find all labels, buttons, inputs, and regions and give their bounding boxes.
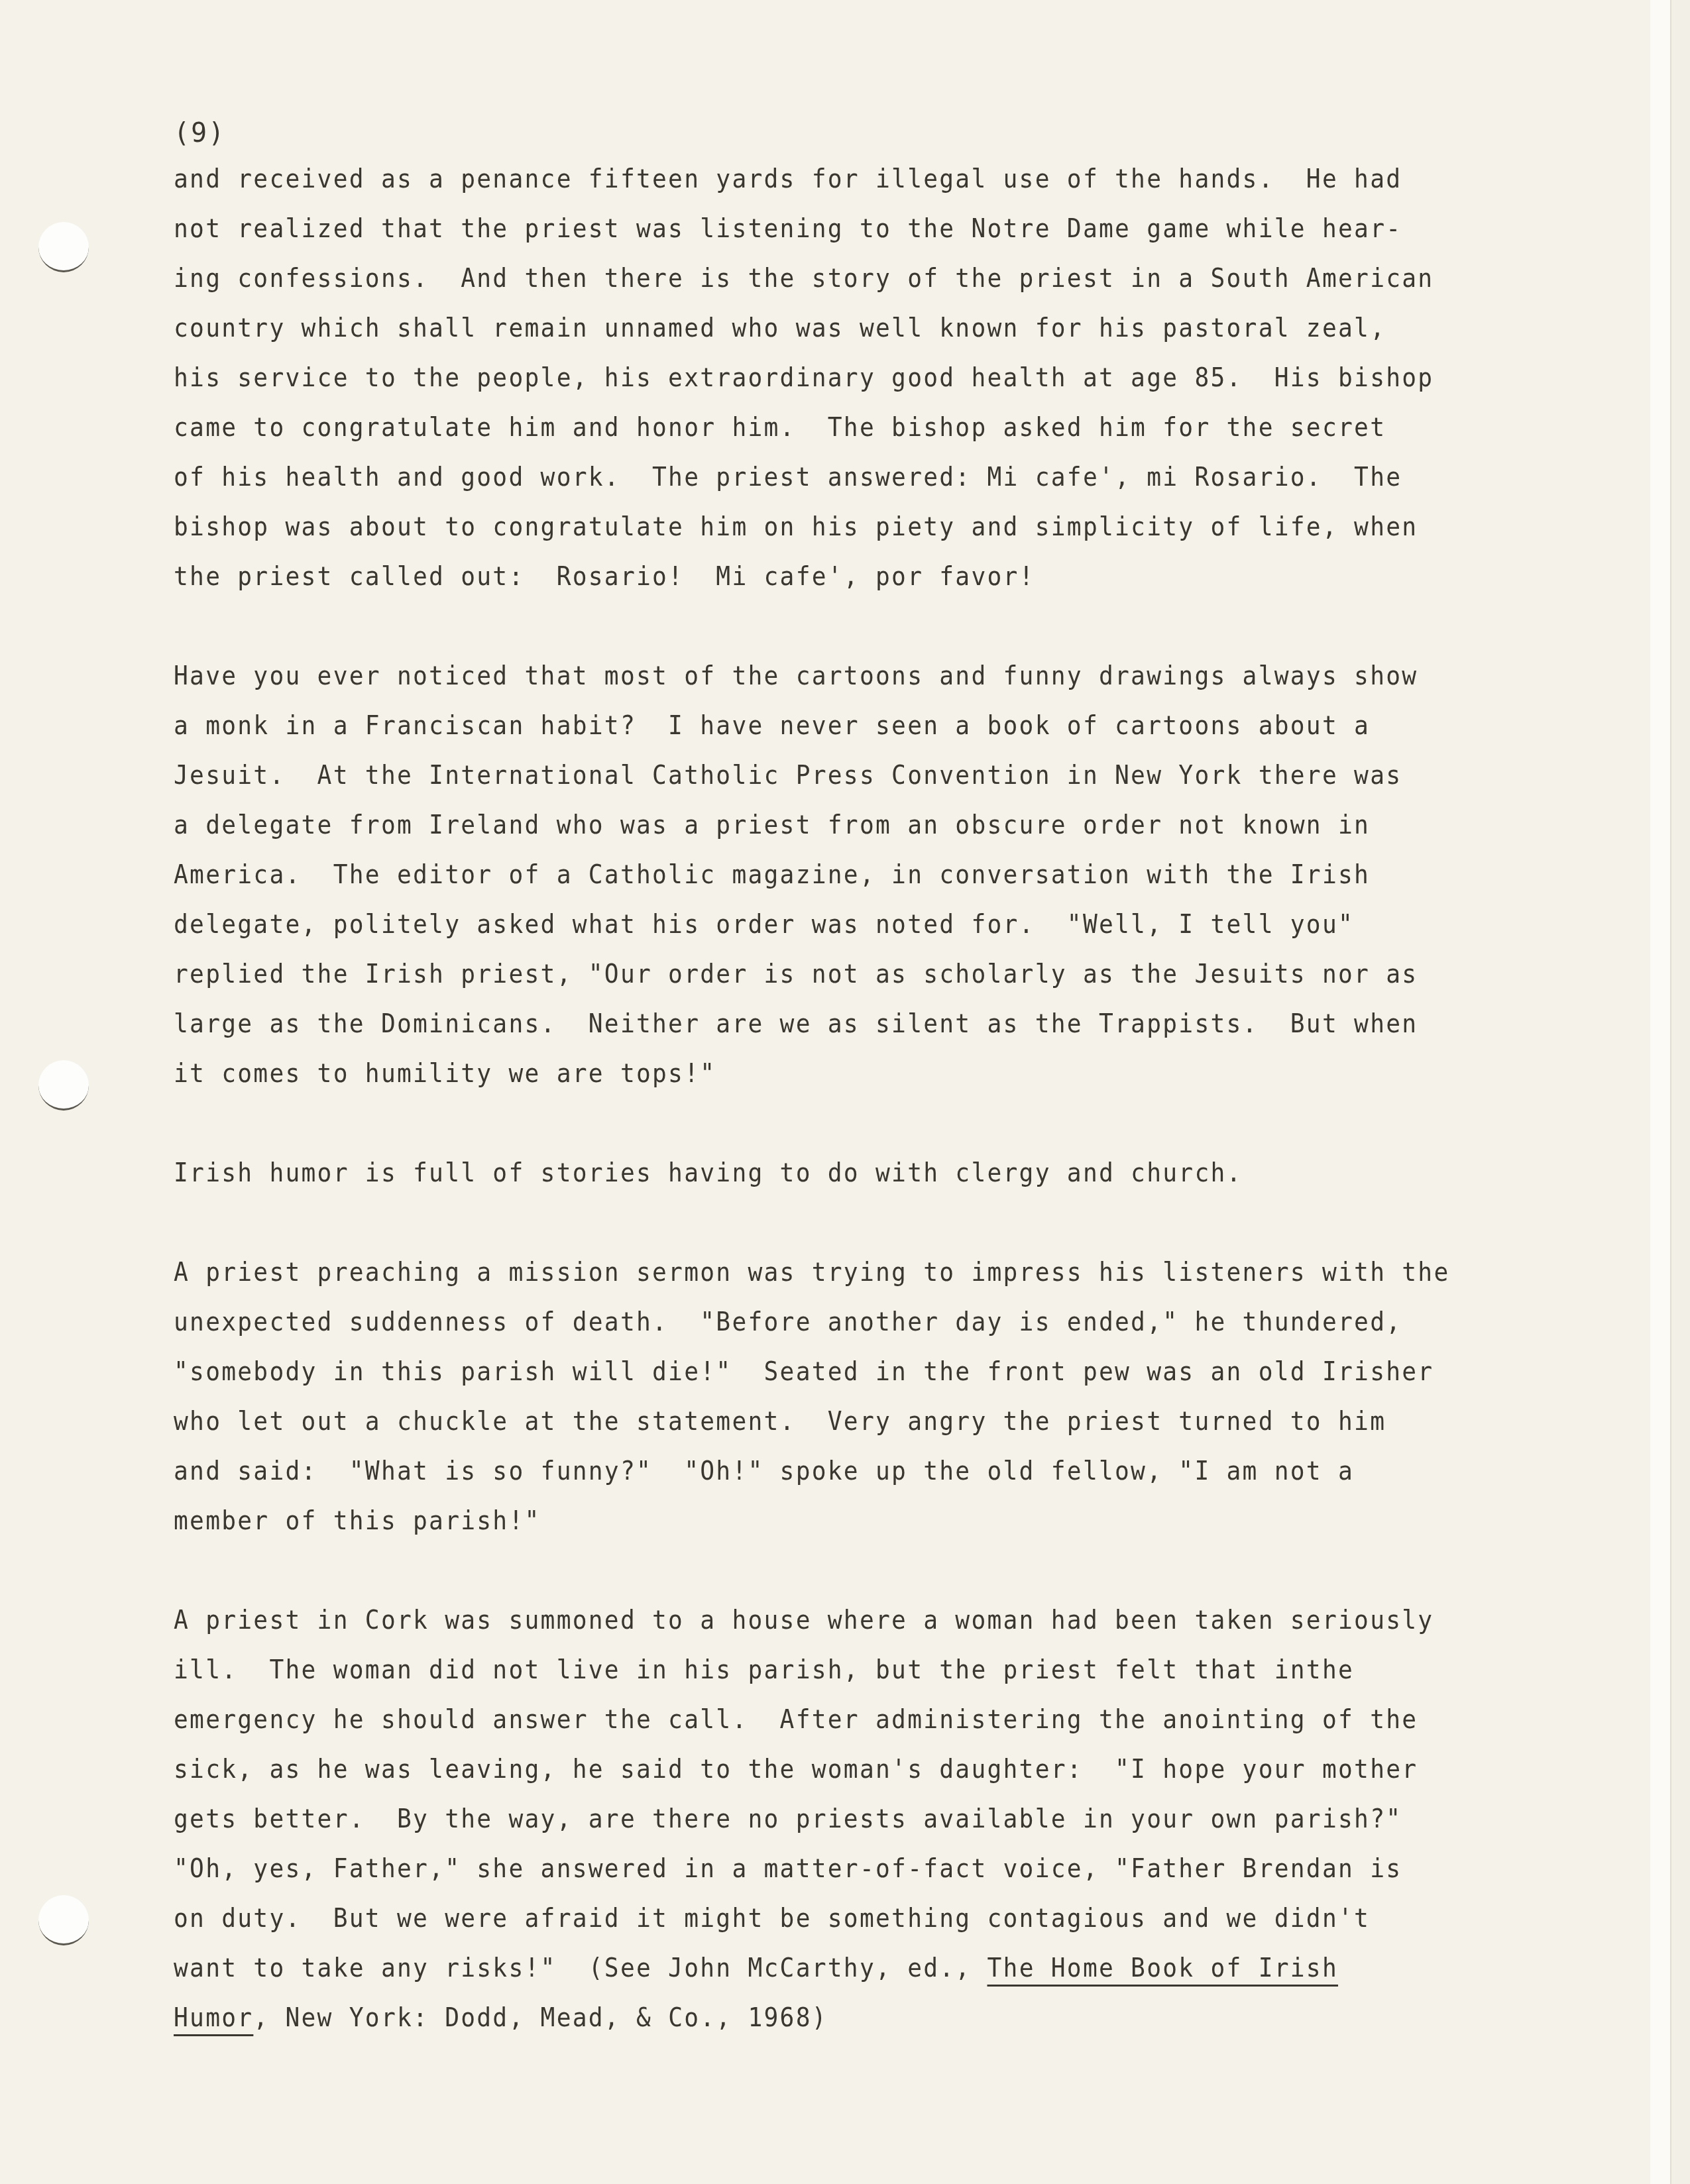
citation-line: want to take any risks!" (See John McCar…	[174, 1953, 1338, 1983]
text-line: a monk in a Franciscan habit? I have nev…	[174, 711, 1370, 741]
text-line: replied the Irish priest, "Our order is …	[174, 959, 1418, 989]
text-line: and said: "What is so funny?" "Oh!" spok…	[174, 1456, 1354, 1486]
citation-text: want to take any risks!" (See John McCar…	[174, 1953, 987, 1983]
text-line: bishop was about to congratulate him on …	[174, 512, 1418, 542]
punch-hole-bottom	[38, 1895, 89, 1945]
text-line: Irish humor is full of stories having to…	[174, 1158, 1243, 1188]
text-line: came to congratulate him and honor him. …	[174, 413, 1386, 443]
text-line: member of this parish!"	[174, 1506, 541, 1536]
book-title: The Home Book of Irish	[987, 1953, 1338, 1983]
text-line: who let out a chuckle at the statement. …	[174, 1407, 1386, 1437]
text-line: gets better. By the way, are there no pr…	[174, 1804, 1402, 1834]
text-line: not realized that the priest was listeni…	[174, 214, 1402, 244]
punch-hole-top	[38, 222, 89, 272]
text-line: large as the Dominicans. Neither are we …	[174, 1009, 1418, 1039]
text-line: A priest in Cork was summoned to a house…	[174, 1606, 1434, 1635]
document-page: (9) and received as a penance fifteen ya…	[0, 0, 1671, 2184]
text-line: and received as a penance fifteen yards …	[174, 164, 1402, 194]
text-line: ill. The woman did not live in his paris…	[174, 1655, 1354, 1685]
text-line: sick, as he was leaving, he said to the …	[174, 1755, 1418, 1784]
punch-hole-middle	[38, 1060, 89, 1111]
citation-line: Humor, New York: Dodd, Mead, & Co., 1968…	[174, 2003, 828, 2033]
page-edge	[1650, 0, 1670, 2184]
text-line: delegate, politely asked what his order …	[174, 910, 1354, 940]
text-line: emergency he should answer the call. Aft…	[174, 1705, 1418, 1735]
text-line: it comes to humility we are tops!"	[174, 1059, 716, 1089]
book-title: Humor	[174, 2003, 253, 2033]
text-line: a delegate from Ireland who was a priest…	[174, 810, 1370, 840]
page-number: (9)	[174, 118, 225, 148]
text-line: "somebody in this parish will die!" Seat…	[174, 1357, 1434, 1387]
text-line: Jesuit. At the International Catholic Pr…	[174, 761, 1402, 791]
text-line: on duty. But we were afraid it might be …	[174, 1904, 1370, 1934]
text-line: America. The editor of a Catholic magazi…	[174, 860, 1370, 890]
text-line: A priest preaching a mission sermon was …	[174, 1258, 1449, 1287]
text-line: "Oh, yes, Father," she answered in a mat…	[174, 1854, 1402, 1884]
text-line: the priest called out: Rosario! Mi cafe'…	[174, 562, 1035, 592]
text-line: his service to the people, his extraordi…	[174, 363, 1434, 393]
text-line: ing confessions. And then there is the s…	[174, 264, 1434, 294]
text-line: country which shall remain unnamed who w…	[174, 313, 1386, 343]
text-line: Have you ever noticed that most of the c…	[174, 661, 1418, 691]
text-line: unexpected suddenness of death. "Before …	[174, 1307, 1402, 1337]
text-line: of his health and good work. The priest …	[174, 463, 1402, 492]
citation-text: , New York: Dodd, Mead, & Co., 1968)	[253, 2003, 827, 2033]
